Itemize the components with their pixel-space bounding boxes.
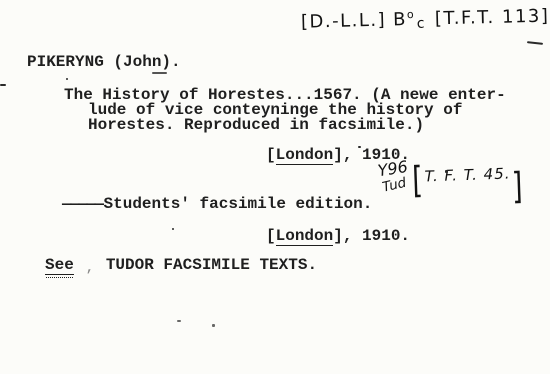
annotation-tft-113: [T.F.T. 113] [435,6,550,30]
ink-speck [177,320,181,322]
edition-dash-rule: ————— [62,195,103,213]
ink-speck [358,146,361,148]
annotation-size-letter: Boc [393,9,426,31]
see-reference-line: See,TUDOR FACSIMILE TEXTS. [45,257,317,274]
ink-speck [445,170,448,173]
ink-speck [527,41,543,45]
shelfmark-text: Y96 Tud [377,159,412,195]
title-line-3: Horestes. Reproduced in facsimile.) [88,117,424,133]
imprint2-open-bracket: [ [266,227,276,245]
size-letter-sup: o [407,8,414,21]
see-word: See [45,256,74,275]
ink-speck [0,84,6,86]
shelfmark-label: T. F. T. 45. [424,164,511,185]
size-letter-b: B [393,9,407,30]
shelfmark-close-bracket: ] [511,169,523,206]
imprint1-open-bracket: [ [266,146,276,164]
ink-speck [152,72,167,74]
ink-speck [66,78,68,80]
imprint2-place: London [276,227,334,246]
see-target-heading: TUDOR FACSIMILE TEXTS. [106,256,317,274]
size-letter-sub: c [417,16,427,32]
edition-line: —————Students' facsimile edition. [62,196,372,212]
annotation-top-classmarks: [D.-L.L.]Boc[T.F.T. 113] [301,3,550,34]
shelfmark-tft-45: [T. F. T. 45.] [412,159,523,190]
heading-author: PIKERYNG (John). [27,54,181,70]
annotation-shelfmark: Y96 Tud [T. F. T. 45.] [379,161,522,193]
see-stray-mark: , [74,260,106,276]
imprint2-date: ], 1910. [333,227,410,245]
ink-speck [212,324,215,327]
imprint-line-2: [London], 1910. [266,228,410,244]
imprint1-place: London [276,146,334,165]
edition-text: Students' facsimile edition. [104,195,373,213]
annotation-dll-classmark: [D.-L.L.] [301,10,387,33]
shelfmark-open-bracket: [ [412,163,424,200]
catalog-card-scan: [D.-L.L.]Boc[T.F.T. 113] PIKERYNG (John)… [0,0,550,374]
ink-speck [172,228,174,230]
